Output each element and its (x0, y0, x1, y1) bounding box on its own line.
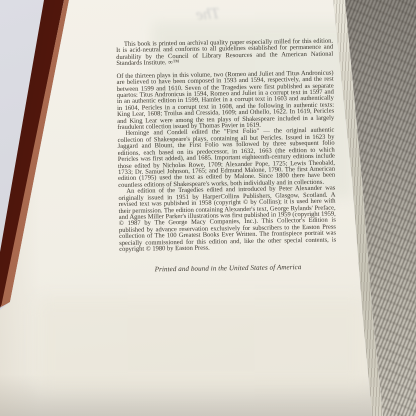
paragraph-publication-history: Of the thirteen plays in this volume, tw… (116, 70, 334, 131)
paragraph-paper-notice: This book is printed on archival quality… (116, 39, 333, 68)
paragraph-first-folio: Heminge and Condell edited the "First Fo… (117, 128, 335, 189)
printed-in-usa-line: Printed and bound in the United States o… (120, 263, 337, 273)
show-through-text: The (195, 5, 220, 25)
book-photo: The This book is printed on archival qua… (0, 0, 416, 416)
colophon-text-block: This book is printed on archival quality… (116, 39, 337, 273)
show-through-shadow-lower (36, 298, 366, 390)
paragraph-edition-info: An edition of the Tragedies edited and i… (118, 186, 336, 254)
